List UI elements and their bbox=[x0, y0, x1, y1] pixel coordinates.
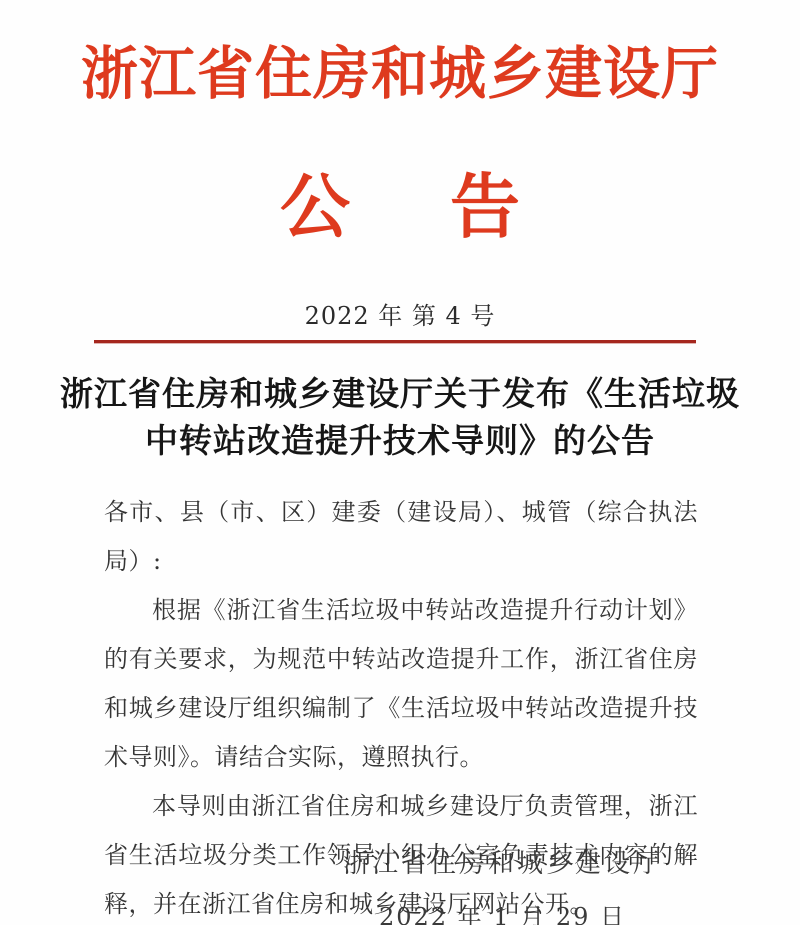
announcement-heading-char-2: 告 bbox=[450, 172, 520, 242]
signature-block: 浙江省住房和城乡建设厅 2022 年 1 月 29 日 bbox=[343, 843, 662, 925]
signature-agency: 浙江省住房和城乡建设厅 bbox=[343, 843, 662, 880]
doc-number: 2022 年 第 4 号 bbox=[0, 296, 800, 331]
announcement-document: 浙江省住房和城乡建设厅 公 告 2022 年 第 4 号 浙江省住房和城乡建设厅… bbox=[0, 0, 800, 925]
announcement-heading: 公 告 bbox=[0, 172, 800, 242]
red-divider bbox=[94, 340, 696, 343]
doc-title-line-2: 中转站改造提升技术导则》的公告 bbox=[50, 417, 750, 464]
agency-header: 浙江省住房和城乡建设厅 bbox=[0, 28, 800, 110]
salutation: 各市、县（市、区）建委（建设局）、城管（综合执法局）: bbox=[104, 488, 698, 586]
body-paragraph-1: 根据《浙江省生活垃圾中转站改造提升行动计划》的有关要求，为规范中转站改造提升工作… bbox=[104, 586, 698, 782]
doc-title-line-1: 浙江省住房和城乡建设厅关于发布《生活垃圾 bbox=[50, 370, 750, 417]
doc-title: 浙江省住房和城乡建设厅关于发布《生活垃圾 中转站改造提升技术导则》的公告 bbox=[50, 370, 750, 464]
announcement-heading-char-1: 公 bbox=[280, 172, 350, 242]
signature-date: 2022 年 1 月 29 日 bbox=[343, 897, 662, 925]
